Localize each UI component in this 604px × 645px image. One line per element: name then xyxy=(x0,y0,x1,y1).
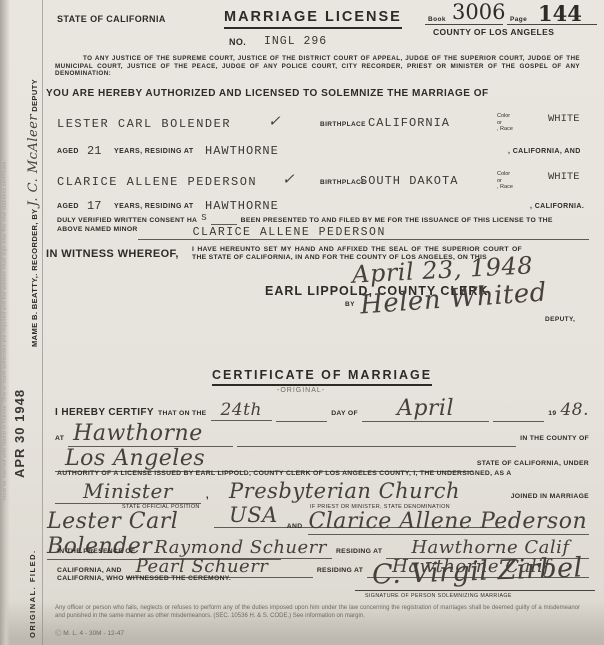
year-value-handwritten: 48. xyxy=(560,400,589,420)
groom-race-value: WHITE xyxy=(548,113,580,125)
license-title: MARRIAGE LICENSE xyxy=(224,9,402,29)
certificate-title: CERTIFICATE OF MARRIAGE xyxy=(212,368,432,386)
form-line xyxy=(211,215,237,225)
book-underline xyxy=(425,24,503,25)
at-label: AT xyxy=(55,435,64,442)
form-line xyxy=(493,396,544,422)
residing-at-label: RESIDING AT xyxy=(336,548,382,555)
consent-text-2: BEEN PRESENTED TO AND FILED BY ME FOR TH… xyxy=(241,217,553,224)
bride-residence-value: HAWTHORNE xyxy=(205,199,279,213)
month-value-handwritten: April xyxy=(362,396,489,422)
by-label: BY xyxy=(345,301,355,308)
groom-birthplace-value: CALIFORNIA xyxy=(368,116,450,130)
and-label: AND xyxy=(287,523,303,530)
minor-row: ABOVE NAMED MINOR CLARICE ALLENE PEDERSO… xyxy=(57,226,589,240)
bride-state-suffix: , CALIFORNIA. xyxy=(530,203,584,210)
groom-race-label: Color or , Race xyxy=(497,113,513,133)
residing-at-label-2: RESIDING AT xyxy=(317,567,363,574)
margin-recorder-line: MAME B. BEATTY,. RECORDER, BY J. C. McAl… xyxy=(26,12,41,347)
minor-name-value: CLARICE ALLENE PEDERSON xyxy=(138,226,589,240)
officiant-signature-handwritten: C. Virgil Zirbel xyxy=(372,552,584,590)
filed-date-stamp: APR 30 1948 xyxy=(12,389,27,478)
recorder-deputy-signature: J. C. McAleer xyxy=(26,114,41,206)
deputy-label: DEPUTY, xyxy=(545,316,575,323)
recorder-name-label: MAME B. BEATTY,. RECORDER, BY xyxy=(30,208,39,347)
page-underline xyxy=(507,24,597,25)
bride-aged-label: AGED xyxy=(57,203,79,210)
footer-legal-text: Any officer or person who fails, neglect… xyxy=(55,605,580,620)
bride-checkmark: ✓ xyxy=(282,170,295,188)
page-number: 144 xyxy=(538,1,582,26)
cert-bride-name-handwritten: Clarice Allene Pederson xyxy=(308,509,589,535)
california-and-label: CALIFORNIA, AND xyxy=(57,567,122,574)
groom-residence-value: HAWTHORNE xyxy=(205,144,279,158)
minor-label: ABOVE NAMED MINOR xyxy=(57,226,138,233)
officiant-signature-line xyxy=(355,590,595,591)
certify-date-row: I HEREBY CERTIFY THAT ON THE 24th DAY OF… xyxy=(55,396,589,422)
certificate-subtitle: -ORIGINAL- xyxy=(277,387,325,394)
groom-state-suffix: , CALIFORNIA, AND xyxy=(508,148,581,155)
place-value-handwritten: Hawthorne xyxy=(68,421,233,447)
bride-race-value: WHITE xyxy=(548,171,580,183)
form-line xyxy=(276,396,327,422)
official-position-handwritten: Minister xyxy=(55,479,201,504)
day-of-label: DAY OF xyxy=(331,410,358,417)
book-number: 3006 xyxy=(452,0,505,24)
form-line xyxy=(249,446,473,472)
state-of-california-label: STATE OF CALIFORNIA xyxy=(57,14,166,24)
that-on-the-label: THAT ON THE xyxy=(158,410,206,417)
groom-aged-label: AGED xyxy=(57,148,79,155)
place-row: AT Hawthorne IN THE COUNTY OF xyxy=(55,421,589,447)
groom-birthplace-label: BIRTHPLACE xyxy=(320,121,366,128)
groom-age-value: 21 xyxy=(87,144,101,158)
presence-label: IN THE PRESENCE OF xyxy=(57,548,135,555)
authorization-line: YOU ARE HEREBY AUTHORIZED AND LICENSED T… xyxy=(46,88,489,99)
bride-name: CLARICE ALLENE PEDERSON xyxy=(57,175,257,189)
year-prefix-label: 19 xyxy=(548,410,556,417)
bride-birthplace-value: SOUTH DAKOTA xyxy=(360,174,458,188)
consent-text-1: DULY VERIFIED WRITTEN CONSENT HA xyxy=(57,217,197,224)
bride-age-value: 17 xyxy=(87,199,101,213)
form-left-border xyxy=(42,0,43,645)
groom-name: LESTER CARL BOLENDER xyxy=(57,117,231,131)
joined-in-marriage-label: JOINED IN MARRIAGE xyxy=(511,493,589,500)
authority-line: AUTHORITY OF A LICENSE ISSUED BY EARL LI… xyxy=(57,470,579,477)
county-value-handwritten: Los Angeles xyxy=(55,446,245,472)
day-value-handwritten: 24th xyxy=(211,400,272,421)
bride-birthplace-label: BIRTHPLACE xyxy=(320,179,366,186)
bride-residing-label: YEARS, RESIDING AT xyxy=(114,203,194,210)
in-county-of-label: IN THE COUNTY OF xyxy=(520,435,589,442)
groom-residing-label: YEARS, RESIDING AT xyxy=(114,148,194,155)
witnessed-ceremony-label: CALIFORNIA, WHO WITNESSED THE CEREMONY. xyxy=(57,575,231,582)
book-label: Book xyxy=(428,16,446,23)
certify-bold-label: I HEREBY CERTIFY xyxy=(55,407,154,418)
license-no-label: NO. xyxy=(229,37,246,47)
page-label: Page xyxy=(510,16,527,23)
original-filed-label: ORIGINAL. FILED. xyxy=(28,549,37,638)
county-row: Los Angeles STATE OF CALIFORNIA, UNDER xyxy=(55,446,589,472)
footer-form-code: Ⓒ M. L. 4 - 30M - 12-47 xyxy=(55,628,124,637)
margin-deputy-label: DEPUTY xyxy=(30,79,39,112)
license-no-value: INGL 296 xyxy=(264,35,327,48)
marriage-license-document: must be married with stamp in license. O… xyxy=(0,0,604,645)
addressees-paragraph: TO ANY JUSTICE OF THE SUPREME COURT, JUS… xyxy=(55,55,580,78)
consent-row: DULY VERIFIED WRITTEN CONSENT HA S BEEN … xyxy=(57,215,589,225)
officiant-signature-caption: SIGNATURE OF PERSON SOLEMNIZING MARRIAGE xyxy=(365,593,512,599)
margin-faint-instructions: must be married with stamp in license. O… xyxy=(2,20,8,500)
comma-separator: , xyxy=(206,490,209,501)
form-line xyxy=(237,421,516,447)
consent-typed-s: S xyxy=(201,213,206,223)
groom-checkmark: ✓ xyxy=(268,112,281,130)
witness-whereof-label: IN WITNESS WHEREOF, xyxy=(46,248,179,260)
bride-race-label: Color or , Race xyxy=(497,171,513,191)
state-of-california-under-label: STATE OF CALIFORNIA, UNDER xyxy=(477,460,589,467)
county-of-los-angeles-label: COUNTY OF LOS ANGELES xyxy=(433,27,554,37)
